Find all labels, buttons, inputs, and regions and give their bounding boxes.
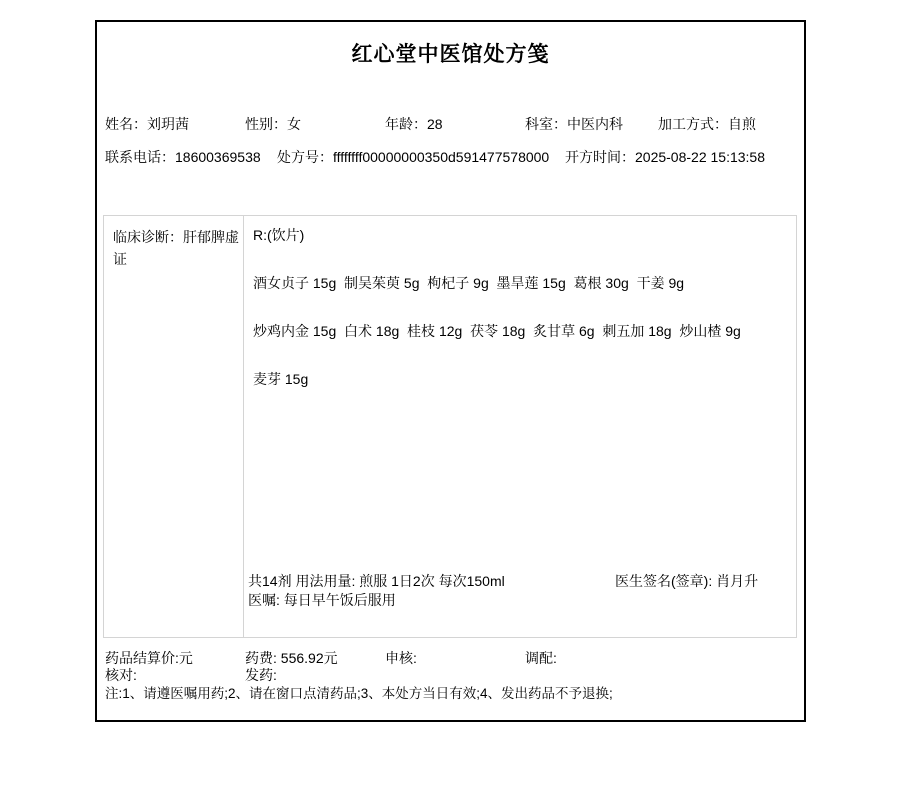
prescription-body: R:(饮片) 酒女贞子 15g 制吴茱萸 5g 枸杞子 9g 墨旱莲 15g 葛… <box>245 216 796 637</box>
check-label: 核对: <box>105 667 137 684</box>
patient-name: 姓名：刘玥茜 <box>105 116 189 133</box>
processing-method: 加工方式：自煎 <box>658 116 756 133</box>
prescription-box: 临床诊断：肝郁脾虚证 R:(饮片) 酒女贞子 15g 制吴茱萸 5g 枸杞子 9… <box>103 215 797 638</box>
prepare-label: 调配: <box>525 650 557 667</box>
settlement-price-label: 药品结算价:元 <box>105 650 193 667</box>
patient-gender: 性别：女 <box>245 116 301 133</box>
prescription-number: 处方号：ffffffff00000000350d591477578000 <box>277 149 549 166</box>
medicine-fee: 药费: 556.92元 <box>245 650 338 667</box>
doctor-signature: 医生签名(签章): 肖月升 <box>615 573 758 590</box>
doctor-advice: 医嘱: 每日早午饭后服用 <box>248 592 396 609</box>
department: 科室：中医内科 <box>525 116 623 133</box>
page-title: 红心堂中医馆处方笺 <box>97 38 804 68</box>
contact-phone: 联系电话：18600369538 <box>105 149 261 166</box>
prescription-page: 红心堂中医馆处方笺 姓名：刘玥茜 性别：女 年龄：28 科室：中医内科 加工方式… <box>95 20 806 722</box>
prescription-time: 开方时间：2025-08-22 15:13:58 <box>565 149 765 166</box>
dispense-label: 发药: <box>245 667 277 684</box>
footer-note: 注:1、请遵医嘱用药;2、请在窗口点清药品;3、本处方当日有效;4、发出药品不予… <box>105 685 613 702</box>
dosage-info: 共14剂 用法用量: 煎服 1日2次 每次150ml <box>248 573 505 590</box>
drug-line: 麦芽 15g <box>253 371 308 388</box>
rx-header: R:(饮片) <box>253 227 304 244</box>
drug-line: 炒鸡内金 15g 白术 18g 桂枝 12g 茯苓 18g 炙甘草 6g 刺五加… <box>253 323 741 340</box>
drug-line: 酒女贞子 15g 制吴茱萸 5g 枸杞子 9g 墨旱莲 15g 葛根 30g 干… <box>253 275 684 292</box>
patient-age: 年龄：28 <box>385 116 443 133</box>
clinical-diagnosis: 临床诊断：肝郁脾虚证 <box>104 216 244 637</box>
review-label: 申核: <box>385 650 417 667</box>
